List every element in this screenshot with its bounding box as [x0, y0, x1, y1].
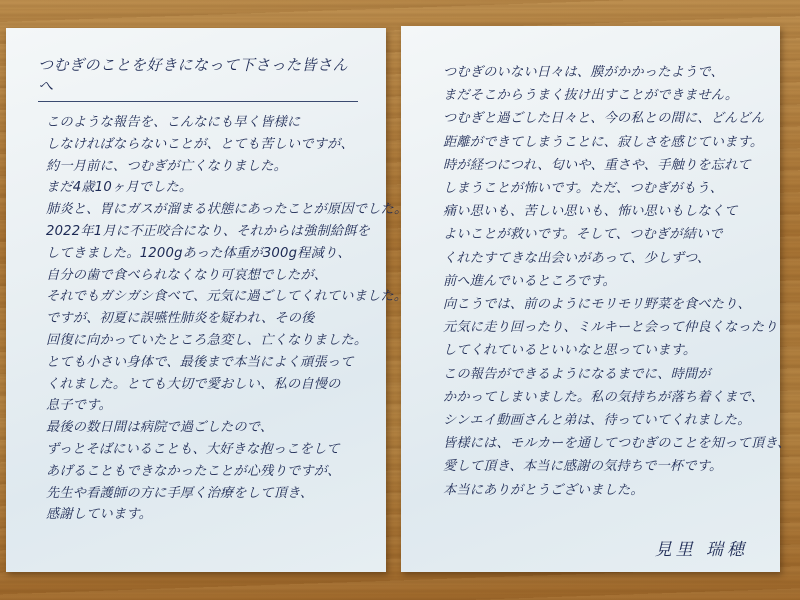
letter-line: つむぎのいない日々は、膜がかかったようで、 — [443, 61, 764, 84]
letter-line: しなければならないことが、とても苦しいですが、 — [46, 134, 372, 156]
letter-line: 皆様には、モルカーを通してつむぎのことを知って頂き、 — [443, 432, 764, 455]
letter-line: よいことが救いです。そして、つむぎが結いで — [443, 223, 764, 246]
letter-line: 約一月前に、つむぎが亡くなりました。 — [46, 156, 372, 178]
letter-body-page-2: つむぎのいない日々は、膜がかかったようで、 まだそこからうまく抜け出すことができ… — [443, 61, 764, 502]
letter-line: してくれているといいなと思っています。 — [443, 339, 764, 362]
letter-line: 元気に走り回ったり、ミルキーと会って仲良くなったり — [443, 316, 764, 339]
letter-line: 痛い思いも、苦しい思いも、怖い思いもしなくて — [443, 200, 764, 223]
letter-line: 距離ができてしまうことに、寂しさを感じています。 — [443, 131, 764, 154]
letter-line: しまうことが怖いです。ただ、つむぎがもう、 — [443, 177, 764, 200]
letter-line: このような報告を、こんなにも早く皆様に — [46, 112, 372, 134]
letter-page-1: つむぎのことを好きになって下さった皆さんへ このような報告を、こんなにも早く皆様… — [6, 28, 386, 572]
letter-line: 本当にありがとうございました。 — [443, 479, 764, 502]
letter-line: 最後の数日間は病院で過ごしたので、 — [46, 417, 372, 439]
letter-page-2: つむぎのいない日々は、膜がかかったようで、 まだそこからうまく抜け出すことができ… — [401, 26, 780, 572]
letter-line: ずっとそばにいることも、大好きな抱っこをして — [46, 439, 372, 461]
letter-line: シンエイ動画さんと弟は、待っていてくれました。 — [443, 409, 764, 432]
letter-line: 愛して頂き、本当に感謝の気持ちで一杯です。 — [443, 455, 764, 478]
letter-line: かかってしまいました。私の気持ちが落ち着くまで、 — [443, 386, 764, 409]
letter-line: してきました。1200gあった体重が300g程減り、 — [46, 243, 372, 265]
letter-line: 向こうでは、前のようにモリモリ野菜を食べたり、 — [443, 293, 764, 316]
letter-line: つむぎと過ごした日々と、今の私との間に、どんどん — [443, 107, 764, 130]
letter-body-page-1: このような報告を、こんなにも早く皆様に しなければならないことが、とても苦しいで… — [46, 112, 372, 526]
letter-title: つむぎのことを好きになって下さった皆さんへ — [38, 54, 358, 102]
letter-line: ですが、初夏に誤嚥性肺炎を疑われ、その後 — [46, 308, 372, 330]
letter-line: 回復に向かっていたところ急変し、亡くなりました。 — [46, 330, 372, 352]
letter-line: とても小さい身体で、最後まで本当によく頑張って — [46, 352, 372, 374]
letter-line: 前へ進んでいるところです。 — [443, 270, 764, 293]
letter-line: まだ4歳10ヶ月でした。 — [46, 177, 372, 199]
letter-line: この報告ができるようになるまでに、時間が — [443, 363, 764, 386]
letter-line: 感謝しています。 — [46, 504, 372, 526]
letter-line: 2022年1月に不正咬合になり、それからは強制給餌を — [46, 221, 372, 243]
letter-line: 肺炎と、胃にガスが溜まる状態にあったことが原因でした。 — [46, 199, 372, 221]
letter-line: 息子です。 — [46, 395, 372, 417]
letter-line: くれました。とても大切で愛おしい、私の自慢の — [46, 374, 372, 396]
letter-line: それでもガシガシ食べて、元気に過ごしてくれていました。 — [46, 286, 372, 308]
letter-line: くれたすてきな出会いがあって、少しずつ、 — [443, 247, 764, 270]
letter-line: 自分の歯で食べられなくなり可哀想でしたが、 — [46, 265, 372, 287]
letter-line: まだそこからうまく抜け出すことができません。 — [443, 84, 764, 107]
letter-line: 時が経つにつれ、匂いや、重さや、手触りを忘れて — [443, 154, 764, 177]
letter-line: 先生や看護師の方に手厚く治療をして頂き、 — [46, 483, 372, 505]
signature: 見里 瑞穂 — [655, 535, 748, 560]
letter-line: あげることもできなかったことが心残りですが、 — [46, 461, 372, 483]
